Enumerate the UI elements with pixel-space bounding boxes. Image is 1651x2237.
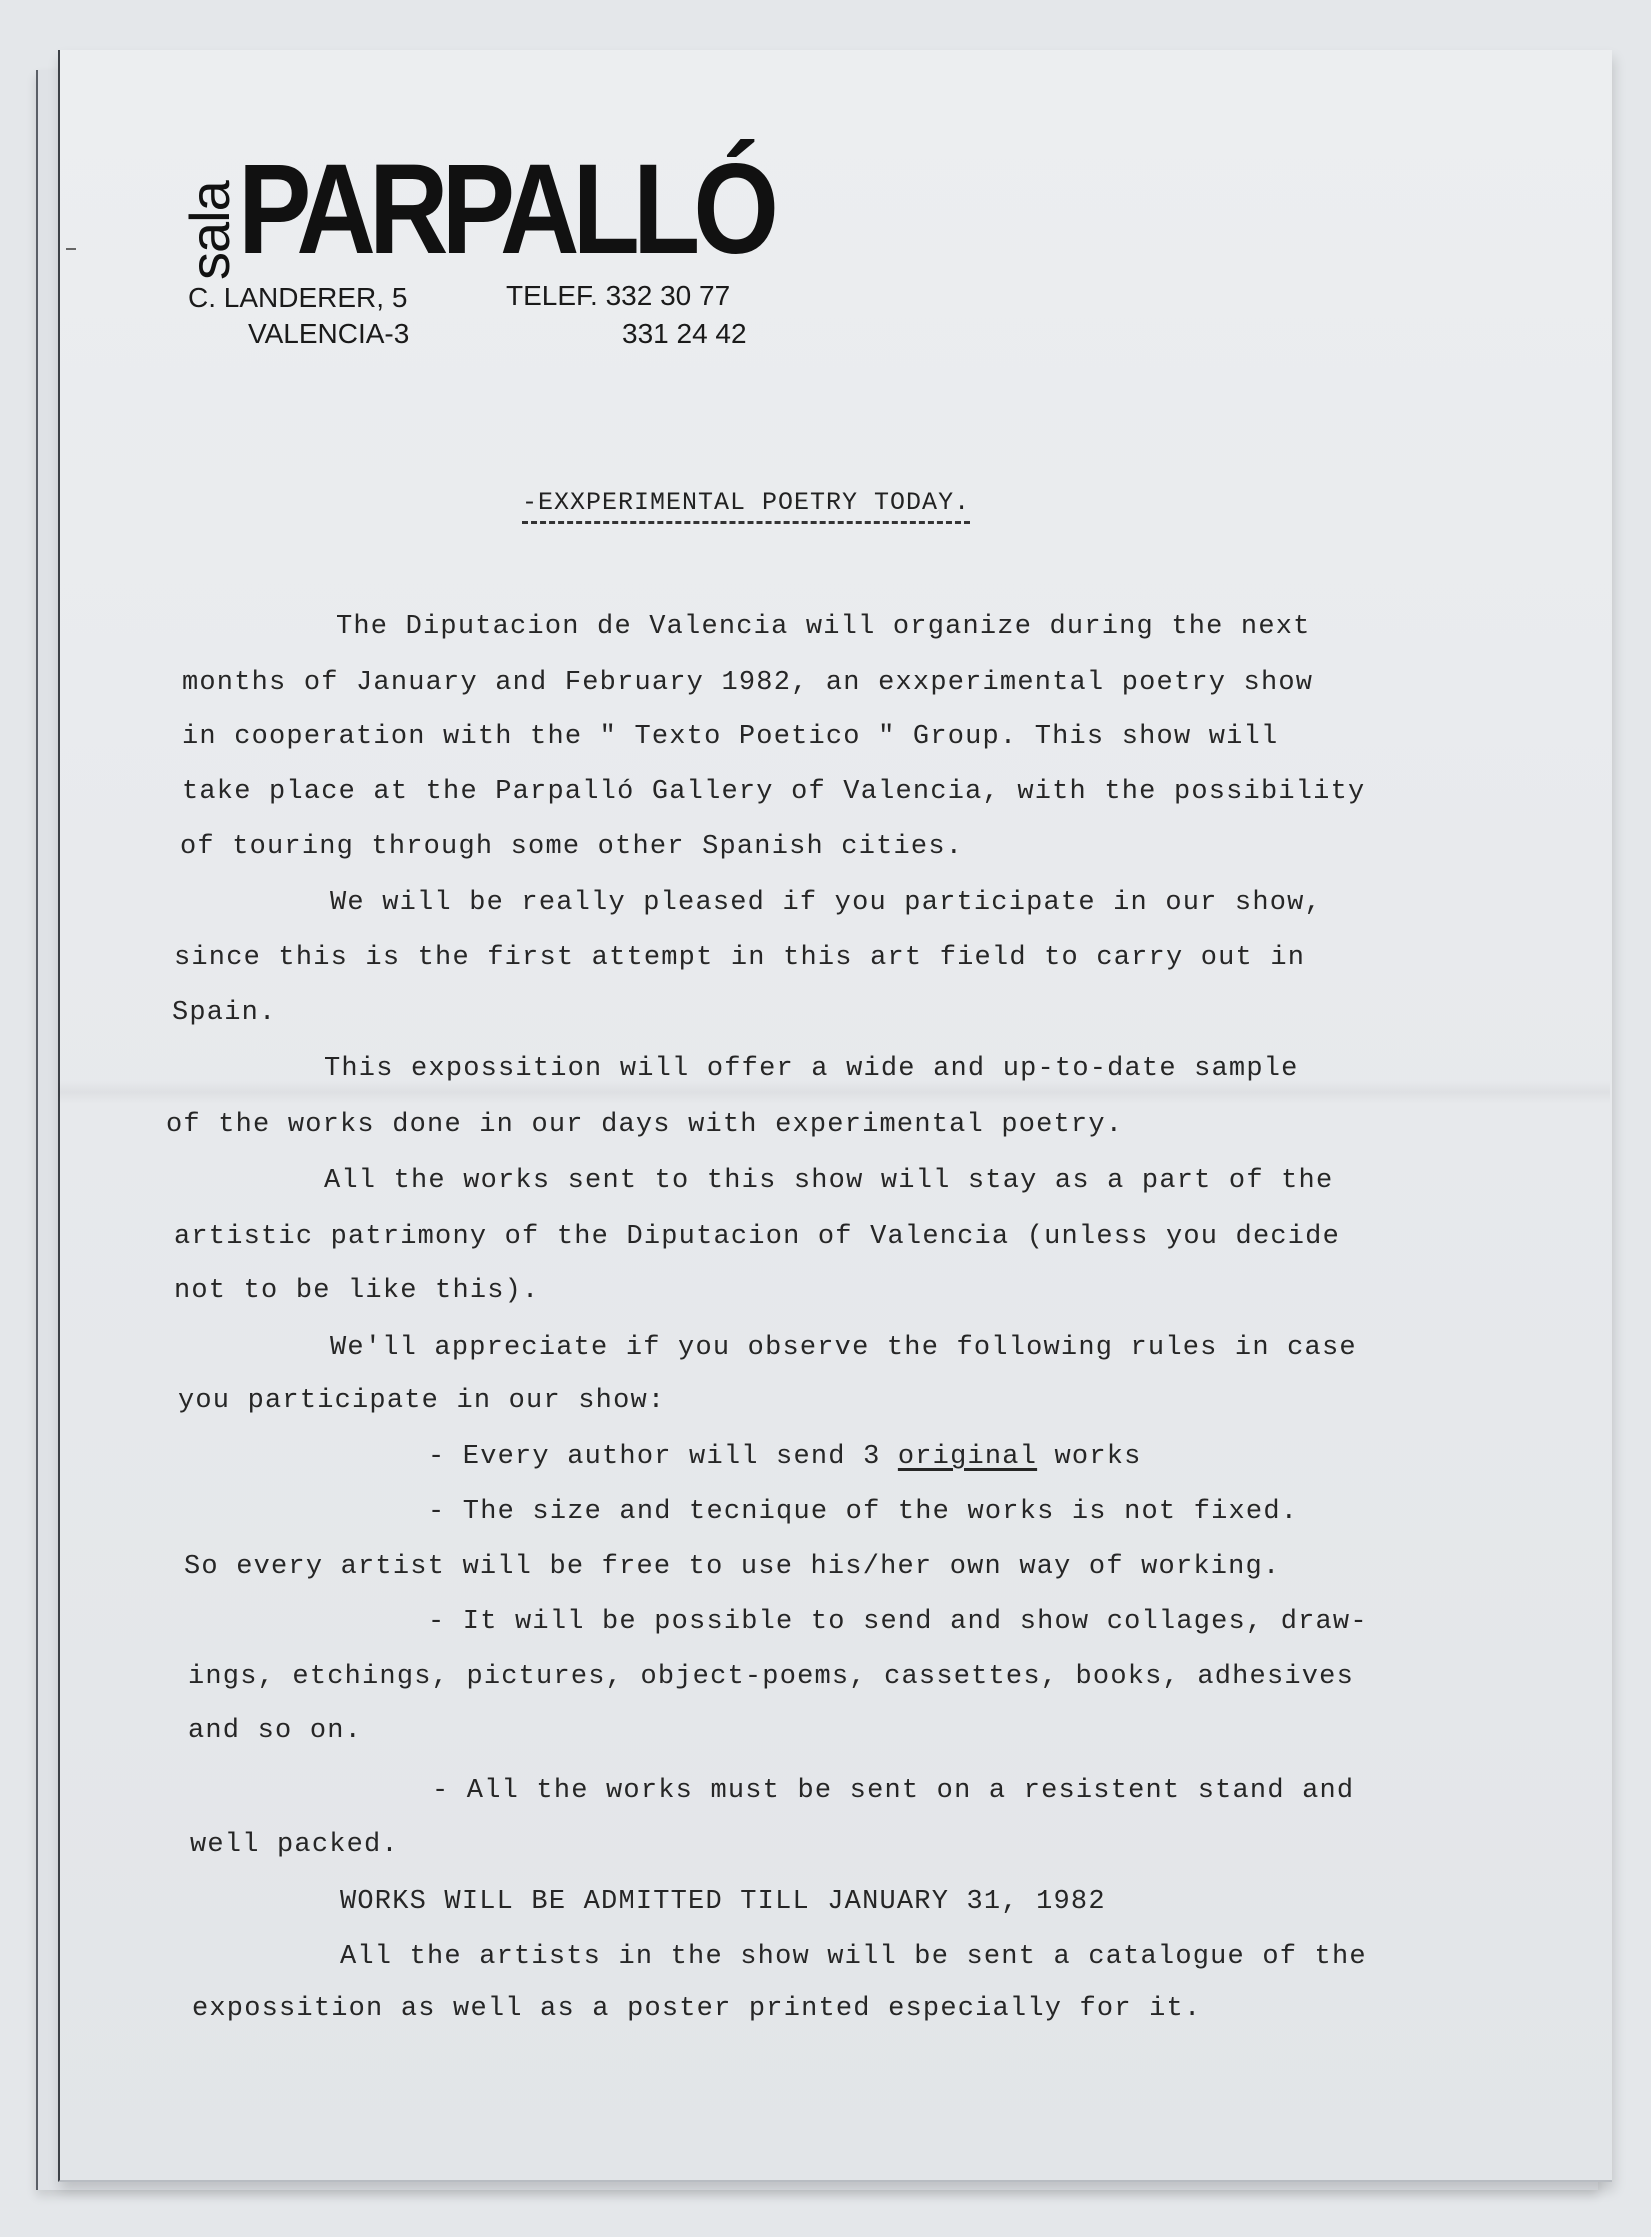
body-line: All the artists in the show will be sent… [340,1942,1367,1972]
deadline-notice: WORKS WILL BE ADMITTED TILL JANUARY 31, … [340,1887,1106,1917]
body-line: artistic patrimony of the Diputacion of … [174,1222,1340,1252]
body-line: in cooperation with the " Texto Poetico … [182,722,1278,752]
margin-mark [66,248,76,250]
body-line: ings, etchings, pictures, object-poems, … [188,1662,1354,1692]
rule-text: - Every author will send 3 [428,1442,898,1472]
body-line: So every artist will be free to use his/… [184,1552,1280,1582]
phone-primary: TELEF. 332 30 77 [506,282,730,310]
emphasis-original: original [898,1442,1037,1472]
document-title: -EXXPERIMENTAL POETRY TODAY. [522,488,970,524]
body-line: Spain. [172,998,276,1028]
body-line: This expossition will offer a wide and u… [324,1054,1299,1084]
rule-item: - All the works must be sent on a resist… [432,1776,1354,1806]
body-line: not to be like this). [174,1276,539,1306]
rule-text-tail: works [1037,1442,1141,1472]
body-line: of touring through some other Spanish ci… [180,832,963,862]
body-line: All the works sent to this show will sta… [324,1166,1333,1196]
logo-prefix: sala [182,181,238,280]
phone-secondary: 331 24 42 [622,320,747,348]
gallery-logo: PARPALLÓ [238,146,772,274]
rule-item: - It will be possible to send and show c… [428,1607,1368,1637]
rule-item: - The size and tecnique of the works is … [428,1497,1298,1527]
body-line: well packed. [190,1830,399,1860]
body-line: take place at the Parpalló Gallery of Va… [182,777,1365,807]
address-street: C. LANDERER, 5 [188,284,407,312]
rule-item: - Every author will send 3 original work… [428,1442,1142,1472]
body-line: you participate in our show: [178,1386,665,1416]
body-line: and so on. [188,1716,362,1746]
body-line: months of January and February 1982, an … [182,668,1313,698]
body-line: We'll appreciate if you observe the foll… [330,1333,1357,1363]
address-city: VALENCIA-3 [248,320,409,348]
body-line: of the works done in our days with exper… [166,1110,1123,1140]
body-line: expossition as well as a poster printed … [192,1994,1201,2024]
body-line: since this is the first attempt in this … [174,943,1305,973]
letterhead: sala PARPALLÓ C. LANDERER, 5 VALENCIA-3 … [188,138,788,358]
body-line: The Diputacion de Valencia will organize… [336,612,1311,642]
body-line: We will be really pleased if you partici… [330,888,1322,918]
